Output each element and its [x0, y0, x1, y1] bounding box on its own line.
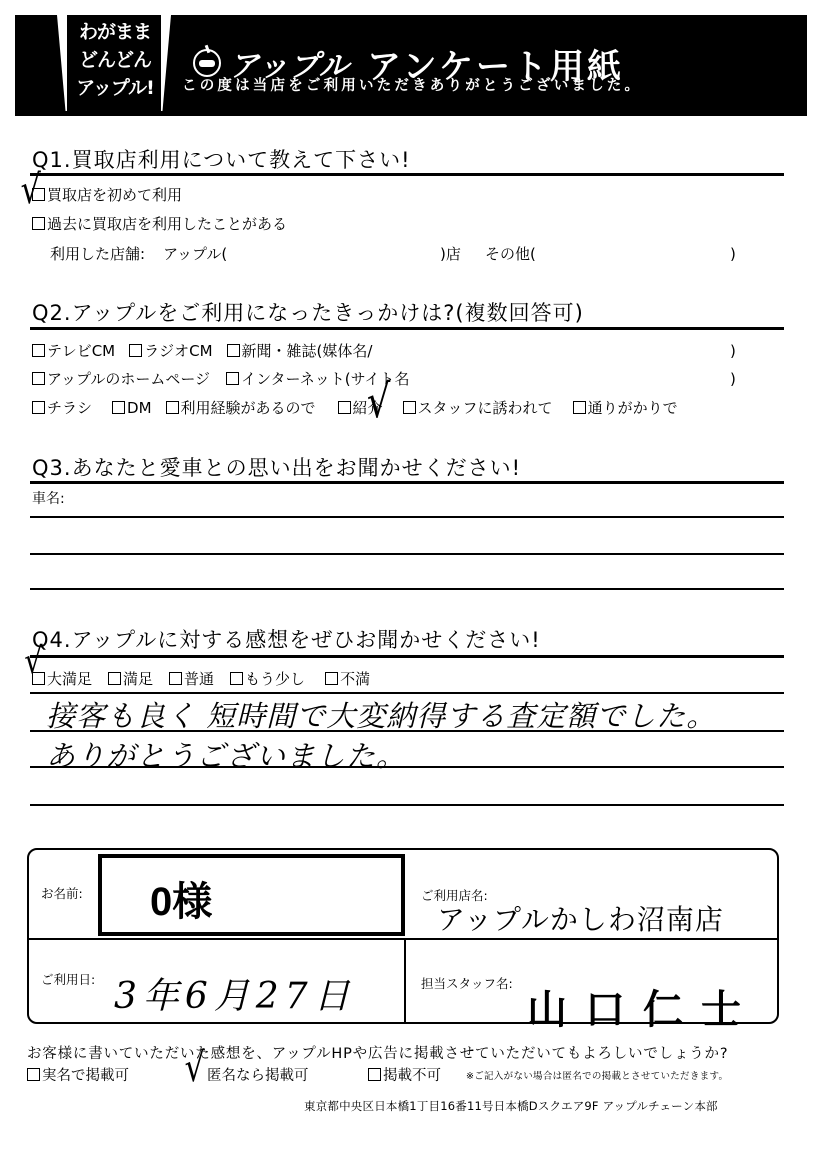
q3-heading: Q3.あなたと愛車との思い出をお聞かせください!	[32, 452, 521, 482]
divider	[30, 655, 784, 658]
header-banner: わがまま どんどん アップル! アップル アンケート用紙	[15, 15, 807, 116]
answer-line[interactable]	[30, 588, 784, 590]
option-label: 掲載不可	[383, 1064, 441, 1085]
store-prefix: アップル(	[163, 243, 227, 264]
store-name: アップルかしわ沼南店	[437, 898, 724, 938]
checkbox[interactable]	[226, 372, 239, 385]
option-label: 買取店を初めて利用	[47, 184, 182, 205]
q2-option-homepage[interactable]: アップルのホームページ	[32, 368, 210, 389]
other-label: その他(	[485, 243, 536, 264]
answer-line[interactable]	[30, 516, 784, 518]
option-label: 普通	[184, 668, 214, 689]
q1-option-first-time[interactable]: 買取店を初めて利用	[32, 184, 182, 205]
checkbox[interactable]	[230, 672, 243, 685]
answer-line[interactable]	[30, 804, 784, 806]
answer-line[interactable]	[30, 553, 784, 555]
option-label: 大満足	[47, 668, 92, 689]
option-label: もう少し	[245, 668, 305, 689]
checkbox[interactable]	[227, 344, 240, 357]
slogan-line: わがまま	[75, 18, 155, 46]
footer-address: 東京都中央区日本橋1丁目16番11号日本橋Dスクエア9F アップルチェーン本部	[304, 1098, 718, 1114]
answer-line[interactable]	[30, 766, 784, 768]
pub-option-real-name[interactable]: 実名で掲載可	[27, 1064, 129, 1085]
comment-handwriting-line-2: ありがとうございました。	[46, 734, 406, 775]
customer-info-box: お名前: 0様 ご利用店名: アップルかしわ沼南店 ご利用日: 3年6月27日 …	[27, 848, 779, 1024]
checkbox[interactable]	[325, 672, 338, 685]
option-label: 満足	[123, 668, 153, 689]
q4-option-dissatisfied[interactable]: 不満	[325, 668, 370, 689]
option-label: アップルのホームページ	[47, 368, 210, 389]
option-label: ラジオCM	[144, 340, 212, 361]
q2-heading: Q2.アップルをご利用になったきっかけは?(複数回答可)	[32, 297, 584, 327]
q1-heading: Q1.買取店利用について教えて下さい!	[32, 144, 411, 174]
publication-question: お客様に書いていただいた感想を、アップルHPや広告に掲載させていただいてもよろし…	[27, 1042, 728, 1063]
divider	[29, 938, 777, 940]
store-used-label: 利用した店舗:	[50, 243, 145, 264]
slogan-line: アップル!	[75, 74, 155, 102]
checkbox[interactable]	[27, 1068, 40, 1081]
q2-option-radio-cm[interactable]: ラジオCM	[129, 340, 212, 361]
checkbox[interactable]	[32, 372, 45, 385]
option-label: チラシ	[47, 397, 92, 418]
answer-line[interactable]	[30, 730, 784, 732]
checkbox[interactable]	[573, 401, 586, 414]
q2-option-dm[interactable]: DM	[112, 399, 152, 417]
option-label: 実名で掲載可	[42, 1064, 129, 1085]
divider	[30, 327, 784, 330]
customer-name: 0様	[150, 870, 212, 927]
option-label: 匿名なら掲載可	[207, 1064, 309, 1085]
option-label: 利用経験があるので	[181, 397, 316, 418]
slogan: わがまま どんどん アップル!	[75, 18, 155, 102]
option-label: DM	[127, 399, 152, 417]
q4-options: 大満足 満足 普通 もう少し 不満	[32, 668, 384, 689]
car-name-label: 車名:	[32, 488, 65, 508]
q1-store-used-row: 利用した店舗: アップル(	[50, 243, 227, 264]
checkbox[interactable]	[108, 672, 121, 685]
checkbox[interactable]	[112, 401, 125, 414]
q2-row-2: アップルのホームページ インターネット(サイト名	[32, 368, 424, 389]
q2-row-3: チラシ DM 利用経験があるので 紹介 スタッフに誘われて 通りがかりで	[32, 397, 692, 418]
publication-note: ※ご記入がない場合は匿名での掲載とさせていただきます。	[466, 1068, 728, 1082]
checkmark-icon: √	[185, 1048, 205, 1088]
q4-option-satisfied[interactable]: 満足	[108, 668, 153, 689]
comment-handwriting-line-1: 接客も良く 短時間で大変納得する査定額でした。	[46, 694, 716, 735]
divider	[404, 938, 406, 1022]
divider	[30, 173, 784, 176]
checkbox[interactable]	[166, 401, 179, 414]
close-paren: )	[730, 342, 736, 360]
apple-icon	[193, 49, 221, 77]
pub-option-not-allowed[interactable]: 掲載不可	[368, 1064, 441, 1085]
q2-option-flyer[interactable]: チラシ	[32, 397, 92, 418]
checkbox[interactable]	[32, 344, 45, 357]
name-label: お名前:	[41, 884, 83, 902]
checkbox[interactable]	[403, 401, 416, 414]
use-date: 3年6月27日	[114, 968, 356, 1019]
option-label: 通りがかりで	[588, 397, 678, 418]
q2-option-staff-invited[interactable]: スタッフに誘われて	[403, 397, 553, 418]
divider	[30, 481, 784, 484]
option-label: 不満	[340, 668, 370, 689]
option-label: 過去に買取店を利用したことがある	[47, 213, 287, 234]
staff-label: 担当スタッフ名:	[421, 974, 513, 992]
checkbox[interactable]	[338, 401, 351, 414]
checkbox[interactable]	[32, 217, 45, 230]
page-subtitle: この度は当店をご利用いただきありがとうございました。	[182, 74, 642, 95]
close-paren: )	[730, 370, 736, 388]
q4-heading: Q4.アップルに対する感想をぜひお聞かせください!	[32, 624, 541, 654]
store-suffix: )店	[440, 243, 461, 264]
pub-option-anonymous[interactable]: 匿名なら掲載可	[192, 1064, 309, 1085]
q2-option-passing-by[interactable]: 通りがかりで	[573, 397, 678, 418]
staff-name: 山口仁士	[527, 978, 759, 1035]
slogan-line: どんどん	[75, 46, 155, 74]
checkbox[interactable]	[169, 672, 182, 685]
checkmark-icon: √	[367, 378, 390, 424]
checkbox[interactable]	[32, 401, 45, 414]
option-label: テレビCM	[47, 340, 115, 361]
checkbox[interactable]	[368, 1068, 381, 1081]
q4-option-could-be-better[interactable]: もう少し	[230, 668, 305, 689]
q2-option-newspaper[interactable]: 新聞・雑誌(媒体名/	[227, 340, 373, 361]
q4-option-average[interactable]: 普通	[169, 668, 214, 689]
checkbox[interactable]	[129, 344, 142, 357]
q2-row-1: テレビCM ラジオCM 新聞・雑誌(媒体名/	[32, 340, 386, 361]
slogan-stripe-right	[161, 15, 171, 111]
q2-option-tv-cm[interactable]: テレビCM	[32, 340, 115, 361]
q1-option-used-before[interactable]: 過去に買取店を利用したことがある	[32, 213, 287, 234]
slogan-stripe-left	[57, 15, 67, 111]
slogan-badge: わがまま どんどん アップル!	[53, 15, 175, 116]
q2-option-prior-experience[interactable]: 利用経験があるので	[166, 397, 316, 418]
checkmark-icon: √	[24, 644, 42, 680]
date-label: ご利用日:	[41, 970, 95, 988]
checkmark-icon: √	[21, 170, 41, 210]
option-label: スタッフに誘われて	[418, 397, 553, 418]
name-field[interactable]: 0様	[98, 854, 405, 936]
close-paren: )	[730, 245, 736, 263]
option-label: 新聞・雑誌(媒体名/	[242, 340, 373, 361]
